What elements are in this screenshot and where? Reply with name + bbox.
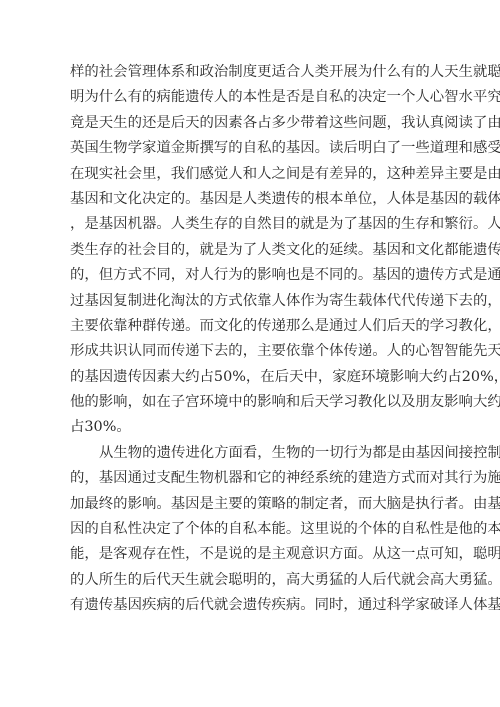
text-line: 有遗传基因疾病的后代就会遗传疾病。同时，通过科学家破译人体基	[70, 593, 434, 618]
text-line: 他的影响，如在子宫环境中的影响和后天学习教化以及朋友影响大约	[70, 390, 434, 415]
text-line: 的，基因通过支配生物机器和它的神经系统的建造方式而对其行为施	[70, 466, 434, 491]
paragraph-1: 样的社会管理体系和政治制度更适合人类开展为什么有的人天生就聪 明为什么有的病能遗…	[70, 60, 434, 441]
text-line: 占30%。	[70, 415, 434, 440]
text-line: 加最终的影响。基因是主要的策略的制定者，而大脑是执行者。由基	[70, 492, 434, 517]
text-line: 的，但方式不同，对人行为的影响也是不同的。基因的遗传方式是通	[70, 263, 434, 288]
paragraph-2: 从生物的遗传进化方面看，生物的一切行为都是由基因间接控制 的，基因通过支配生物机…	[70, 441, 434, 619]
text-line: 的人所生的后代天生就会聪明的，高大勇猛的人后代就会高大勇猛。	[70, 568, 434, 593]
text-line: 在现实社会里，我们感觉人和人之间是有差异的，这种差异主要是由	[70, 162, 434, 187]
text-line: 因的自私性决定了个体的自私本能。这里说的个体的自私性是他的本	[70, 517, 434, 542]
text-line: 类生存的社会目的，就是为了人类文化的延续。基因和文化都能遗传	[70, 238, 434, 263]
text-line: 英国生物学家道金斯撰写的自私的基因。读后明白了一些道理和感受:	[70, 136, 434, 161]
text-line: 过基因复制进化淘汰的方式依靠人体作为寄生载体代代传递下去的，	[70, 289, 434, 314]
text-line: 主要依靠种群传递。而文化的传递那么是通过人们后天的学习教化，	[70, 314, 434, 339]
text-line: 形成共识认同而传递下去的，主要依靠个体传递。人的心智智能先天	[70, 339, 434, 364]
text-line: 样的社会管理体系和政治制度更适合人类开展为什么有的人天生就聪	[70, 60, 434, 85]
text-line: 竟是天生的还是后天的因素各占多少带着这些问题，我认真阅读了由	[70, 111, 434, 136]
text-line: ，是基因机器。人类生存的自然目的就是为了基因的生存和繁衍。人	[70, 212, 434, 237]
document-body: 样的社会管理体系和政治制度更适合人类开展为什么有的人天生就聪 明为什么有的病能遗…	[70, 60, 434, 619]
document-page: 样的社会管理体系和政治制度更适合人类开展为什么有的人天生就聪 明为什么有的病能遗…	[0, 0, 500, 707]
text-line: 明为什么有的病能遗传人的本性是否是自私的决定一个人心智水平究	[70, 85, 434, 110]
text-line: 从生物的遗传进化方面看，生物的一切行为都是由基因间接控制	[70, 441, 434, 466]
text-line: 的基因遗传因素大约占50%，在后天中，家庭环境影响大约占20%，其	[70, 365, 434, 390]
text-line: 能，是客观存在性，不是说的是主观意识方面。从这一点可知，聪明	[70, 542, 434, 567]
text-line: 基因和文化决定的。基因是人类遗传的根本单位，人体是基因的载体	[70, 187, 434, 212]
